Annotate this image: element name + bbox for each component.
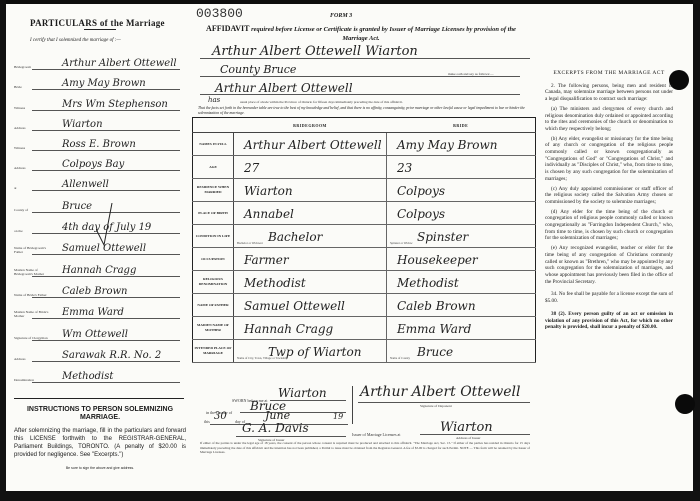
punch-hole-icon (675, 394, 695, 414)
field-underline (32, 69, 180, 70)
row-label: CONDITION IN LIFE (193, 225, 234, 248)
bridegroom-cell: 27 (234, 156, 387, 179)
residence-text: usual place of abode within the Province… (240, 100, 403, 104)
serial-number: 003800 (196, 6, 243, 21)
form-number: FORM 3 (330, 13, 352, 19)
deponent-county: County Bruce (220, 63, 296, 76)
particulars-field: Maiden Name of Bridegroom's MotherHannah… (14, 263, 180, 277)
field-value: Ross E. Brown (62, 139, 136, 150)
county-line-2 (240, 412, 346, 413)
field-label: Name of Bridegroom's Father (14, 246, 54, 254)
issuer-place-caption: Address of Issuer (456, 436, 481, 440)
deponent-caption: Signature of Deponent (420, 404, 452, 408)
bride-value: Caleb Brown (397, 299, 476, 313)
bride-value: Spinster (417, 230, 468, 244)
particulars-field: BrideAmy May Brown (14, 76, 180, 90)
bride-cell: 23 (387, 156, 536, 179)
bride-value: Colpoys (397, 184, 445, 198)
excerpt-paragraph: 2. The following persons, being men and … (545, 83, 673, 103)
field-underline (32, 318, 180, 319)
row-label: OCCUPATION (193, 248, 234, 271)
field-underline (32, 150, 180, 151)
particulars-field: AddressSarawak R.R. No. 2 (14, 348, 180, 362)
row-label: NAME OF FATHER (193, 294, 234, 317)
table-header-bridegroom: BRIDEGROOM (234, 118, 387, 133)
excerpts-panel: EXCERPTS FROM THE MARRIAGE ACT 2. The fo… (545, 70, 673, 334)
county-suffix: make oath and say as follows:— (448, 72, 494, 76)
bridegroom-value: Farmer (244, 253, 289, 267)
row-label: RELIGIOUS DENOMINATION (193, 271, 234, 294)
field-underline (32, 89, 180, 90)
bride-subcaption: Spinster or Widow (390, 241, 413, 245)
title-underline (84, 29, 116, 30)
field-value: Methodist (62, 371, 113, 382)
divider (14, 398, 184, 399)
bridegroom-cell: Bachelor or WidowerBachelor (234, 225, 387, 248)
field-underline (32, 130, 180, 131)
bride-value: 23 (397, 161, 412, 175)
certify-text: I certify that I solemnized the marriage… (30, 38, 121, 43)
bridegroom-value: Twp of Wiarton (268, 345, 361, 359)
bride-cell: Methodist (387, 271, 536, 294)
table-header-label (193, 118, 234, 133)
particulars-field: BridegroomArthur Albert Ottewell (14, 56, 180, 70)
table-row: RELIGIOUS DENOMINATIONMethodistMethodist (193, 271, 536, 294)
field-underline (32, 170, 180, 171)
field-value: Mrs Wm Stephenson (62, 99, 168, 110)
particulars-field: Signature of ClergymanWm Ottewell (14, 327, 180, 341)
bridegroom-value: Arthur Albert Ottewell (244, 138, 382, 152)
particulars-field: Maiden Name of Bride's MotherEmma Ward (14, 305, 180, 319)
bride-cell: Emma Ward (387, 317, 536, 340)
bridegroom-value: Samuel Ottewell (244, 299, 345, 313)
row-label: AGE (193, 156, 234, 179)
table-row: AGE2723 (193, 156, 536, 179)
field-underline (32, 361, 180, 362)
table-row: NAME OF FATHERSamuel OttewellCaleb Brown (193, 294, 536, 317)
sworn-year: 19 (333, 412, 343, 421)
particulars-field: DenominationMethodist (14, 369, 180, 383)
field-value: Allenwell (62, 179, 109, 190)
bridegroom-value: Annabel (244, 207, 294, 221)
row-label: NAMES IN FULL (193, 133, 234, 156)
field-value: Caleb Brown (62, 286, 127, 297)
affidavit-description: required before License or Certificate i… (251, 26, 516, 42)
field-value: Amy May Brown (62, 78, 146, 89)
field-underline (32, 382, 180, 383)
particulars-table: BRIDEGROOM BRIDE NAMES IN FULLArthur Alb… (192, 117, 536, 363)
bride-value: Amy May Brown (397, 138, 497, 152)
bridegroom-cell: Arthur Albert Ottewell (234, 133, 387, 156)
field-value: Emma Ward (62, 307, 124, 318)
bridegroom-value: Methodist (244, 276, 306, 290)
table-row: CONDITION IN LIFEBachelor or WidowerBach… (193, 225, 536, 248)
county-line (200, 76, 520, 77)
table-row: NAMES IN FULLArthur Albert OttewellAmy M… (193, 133, 536, 156)
particulars-field: AddressWiarton (14, 117, 180, 131)
field-underline (32, 110, 180, 111)
deponent-name: Arthur Albert Ottewell Wiarton (212, 44, 418, 59)
field-underline (32, 276, 180, 277)
check-mark-icon (96, 203, 116, 247)
excerpts-title: EXCERPTS FROM THE MARRIAGE ACT (545, 70, 673, 77)
excerpt-paragraph: (e) Any recognized evangelist, teacher o… (545, 245, 673, 285)
instructions-note: Be sure to sign the above and give addre… (14, 464, 186, 472)
field-value: Wiarton (62, 119, 103, 130)
row-label: PLACE OF BIRTH (193, 202, 234, 225)
bridegroom-cell: Farmer (234, 248, 387, 271)
bridegroom-cell: Wiarton (234, 179, 387, 202)
bride-value: Methodist (397, 276, 459, 290)
bridegroom-value: Hannah Cragg (244, 322, 333, 336)
scan-edge-right (693, 0, 700, 501)
deponent-signature: Arthur Albert Ottewell (360, 384, 520, 400)
footnote-text: If either of the parties is under the le… (200, 441, 530, 455)
row-label: INTENDED PLACE OF MARRIAGE (193, 340, 234, 363)
particulars-field: atAllenwell (14, 177, 180, 191)
field-value: Arthur Albert Ottewell (62, 58, 177, 69)
signature-divider (352, 386, 353, 424)
bridegroom-cell: Methodist (234, 271, 387, 294)
bride-cell: Colpoys (387, 202, 536, 225)
particulars-field: WitnessMrs Wm Stephenson (14, 97, 180, 111)
bride-subcaption: Name of County (390, 356, 410, 360)
field-value: Hannah Cragg (62, 265, 136, 276)
table-header-bride: BRIDE (387, 118, 536, 133)
bridegroom-value: Wiarton (244, 184, 293, 198)
deponent-signature-line (358, 402, 530, 403)
excerpt-paragraph: 38 (2). Every person guilty of an act or… (545, 311, 673, 331)
field-underline (32, 254, 180, 255)
that-name: Arthur Albert Ottewell (215, 81, 353, 95)
field-underline (32, 340, 180, 341)
field-value: Wm Ottewell (62, 329, 128, 340)
particulars-field: Name of Bride's FatherCaleb Brown (14, 284, 180, 298)
excerpt-paragraph: (a) The ministers and clergymen of every… (545, 106, 673, 133)
table-row: INTENDED PLACE OF MARRIAGEName of City, … (193, 340, 536, 363)
issuer-signature: G. A. Davis (242, 421, 309, 435)
facts-text: That the facts set forth in the hereunde… (198, 106, 528, 116)
field-label: Maiden Name of Bridegroom's Mother (14, 268, 54, 276)
particulars-field: WitnessRoss E. Brown (14, 137, 180, 151)
bride-value: Bruce (417, 345, 453, 359)
affidavit-word: AFFIDAVIT (206, 24, 249, 33)
field-value: Sarawak R.R. No. 2 (62, 350, 161, 361)
table-row: MAIDEN NAME OF MOTHERHannah CraggEmma Wa… (193, 317, 536, 340)
bridegroom-cell: Hannah Cragg (234, 317, 387, 340)
bride-cell: Caleb Brown (387, 294, 536, 317)
bride-value: Emma Ward (397, 322, 471, 336)
bridegroom-cell: Name of City, Town, Village or TownshipT… (234, 340, 387, 363)
has-word: has (208, 96, 220, 104)
row-label: RESIDENCE WHEN MARRIED (193, 179, 234, 202)
bride-cell: Colpoys (387, 179, 536, 202)
table-row: OCCUPATIONFarmerHousekeeper (193, 248, 536, 271)
bride-cell: Housekeeper (387, 248, 536, 271)
field-underline (32, 297, 180, 298)
bridegroom-value: 27 (244, 161, 259, 175)
bridegroom-value: Bachelor (268, 230, 322, 244)
issuer-place: Wiarton (440, 420, 493, 435)
bride-cell: Spinster or WidowSpinster (387, 225, 536, 248)
bride-value: Housekeeper (397, 253, 478, 267)
sworn-place: Wiarton (278, 386, 327, 400)
groom-subcaption: Bachelor or Widower (237, 241, 263, 245)
scan-edge-bottom (0, 491, 700, 501)
day-label: this (204, 419, 210, 424)
table-row: PLACE OF BIRTHAnnabelColpoys (193, 202, 536, 225)
bride-cell: Name of CountyBruce (387, 340, 536, 363)
field-underline (32, 190, 180, 191)
particulars-title: PARTICULARS of the Marriage (30, 18, 165, 28)
excerpt-paragraph: 34. No fee shall be payable for a licens… (545, 291, 673, 304)
instructions-heading: INSTRUCTIONS TO PERSON SOLEMNIZING MARRI… (14, 406, 186, 422)
field-value: Bruce (62, 201, 92, 212)
excerpt-paragraph: (d) Any elder for the time being of the … (545, 209, 673, 243)
bridegroom-cell: Samuel Ottewell (234, 294, 387, 317)
issuer-place-line (420, 434, 530, 435)
field-value: Colpoys Bay (62, 159, 124, 170)
field-label: Maiden Name of Bride's Mother (14, 310, 54, 318)
bride-cell: Amy May Brown (387, 133, 536, 156)
sworn-day: 30 (214, 411, 227, 422)
issuer-role: Issuer of Marriage Licenses at (352, 432, 400, 437)
instructions-box: INSTRUCTIONS TO PERSON SOLEMNIZING MARRI… (14, 406, 186, 472)
row-label: MAIDEN NAME OF MOTHER (193, 317, 234, 340)
bride-value: Colpoys (397, 207, 445, 221)
issuer-signature-line (236, 436, 346, 437)
instructions-body: After solemnizing the marriage, fill in … (14, 427, 186, 459)
particulars-field: AddressColpoys Bay (14, 157, 180, 171)
excerpt-paragraph: (b) Any elder, evangelist or missionary … (545, 136, 673, 183)
affidavit-title: AFFIDAVIT required before License or Cer… (196, 24, 526, 43)
table-row: RESIDENCE WHEN MARRIEDWiartonColpoys (193, 179, 536, 202)
excerpt-paragraph: (c) Any duly appointed commissioner or s… (545, 186, 673, 206)
bridegroom-cell: Annabel (234, 202, 387, 225)
